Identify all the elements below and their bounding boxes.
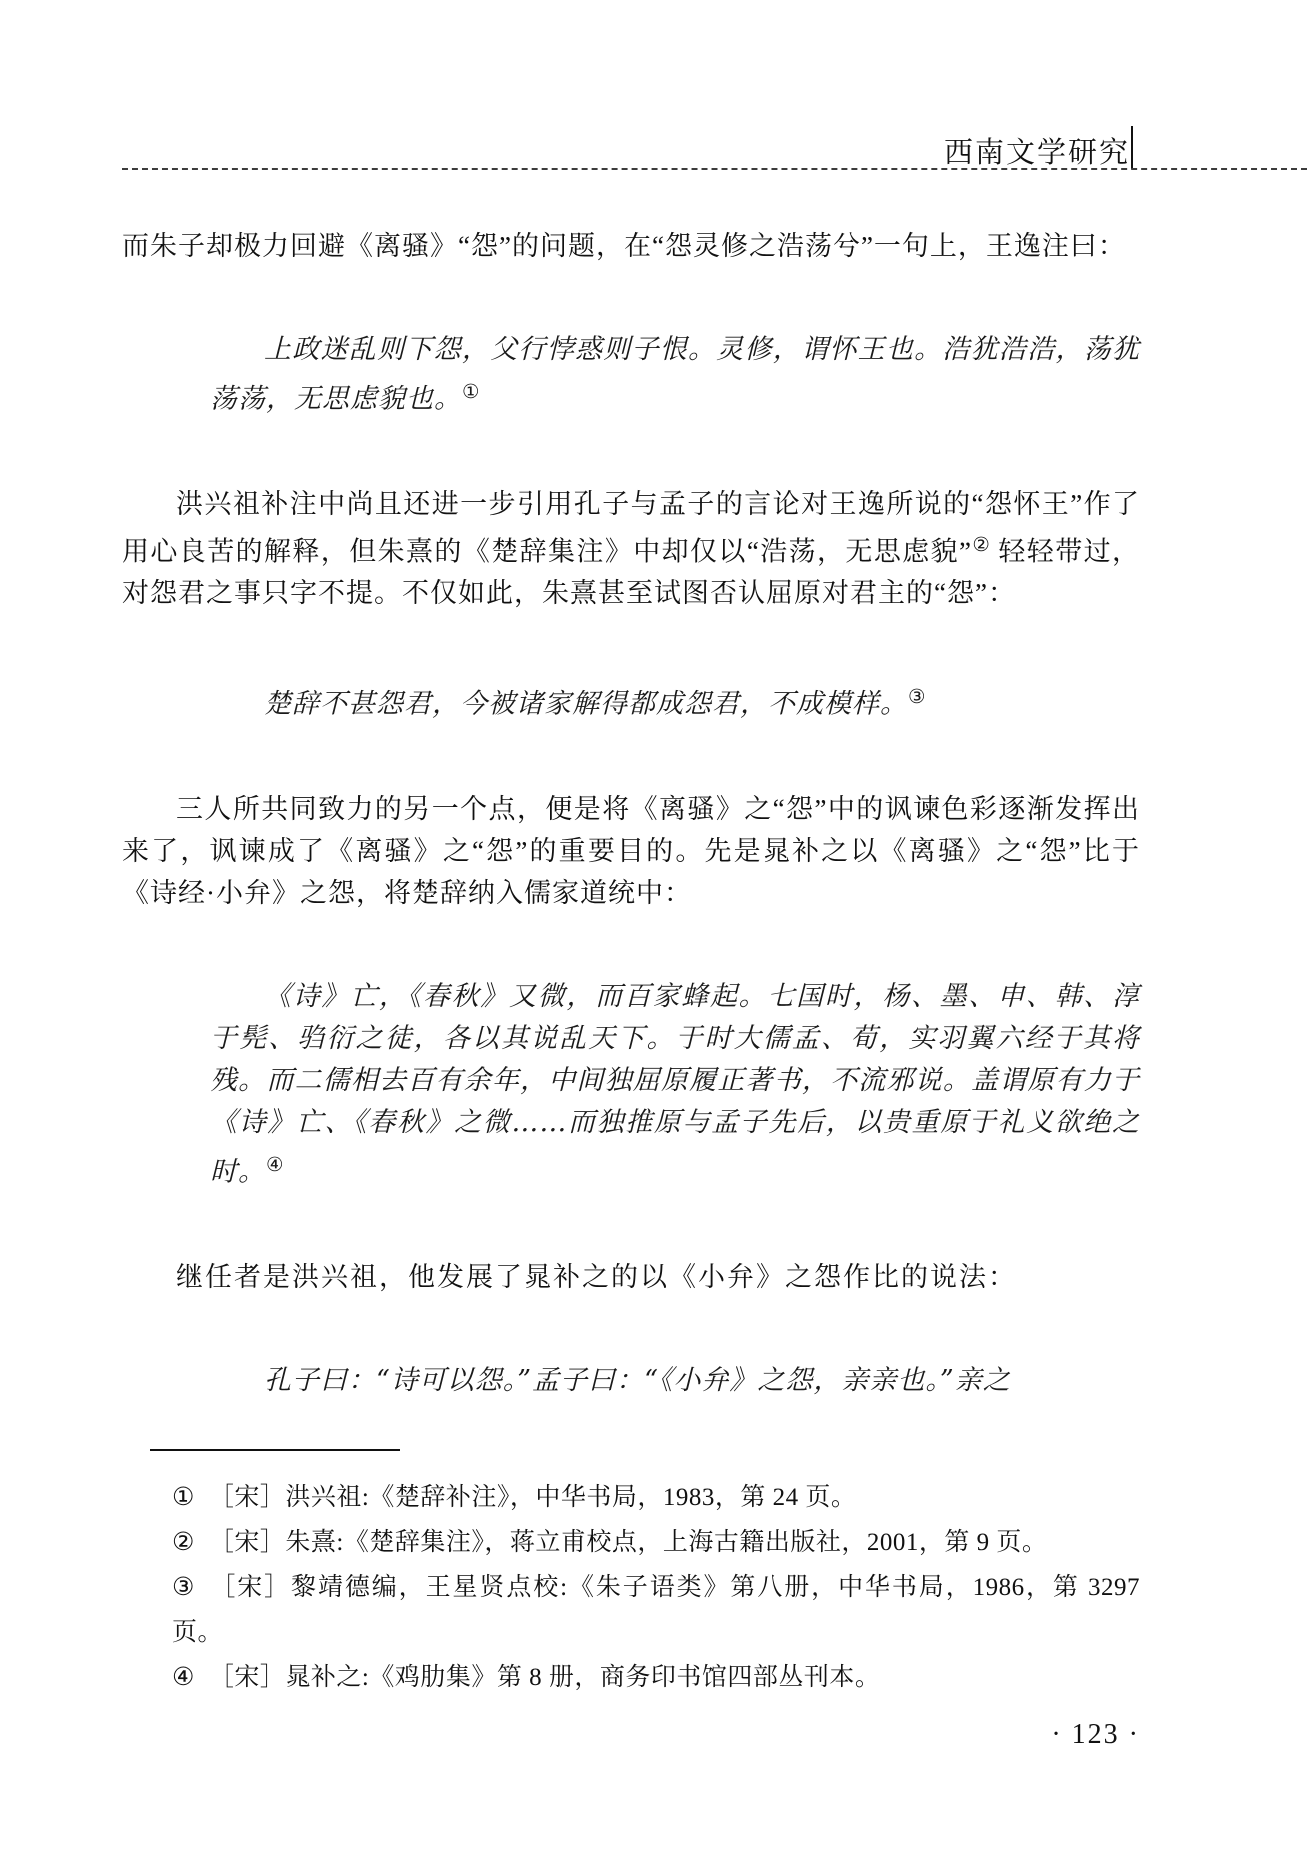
header-vertical-divider — [1131, 126, 1133, 169]
paragraph-heiti: 继任者是洪兴祖，他发展了晁补之的以《小弁》之怨作比的说法： — [122, 1256, 1140, 1298]
footnote-text: ［宋］晁补之:《鸡肋集》第 8 册，商务印书馆四部丛刊本。 — [209, 1664, 880, 1691]
header-dashed-rule — [122, 168, 1307, 170]
footnote-item: ③［宋］黎靖德编，王星贤点校:《朱子语类》第八册，中华书局，1986，第 329… — [122, 1565, 1140, 1655]
document-page: 西南文学研究 而朱子却极力回避《离骚》“怨”的问题，在“怨灵修之浩荡兮”一句上，… — [0, 0, 1307, 1859]
footnote-text: ［宋］朱熹:《楚辞集注》，蒋立甫校点，上海古籍出版社，2001，第 9 页。 — [209, 1529, 1047, 1556]
paragraph: 而朱子却极力回避《离骚》“怨”的问题，在“怨灵修之浩荡兮”一句上，王逸注曰： — [122, 225, 1140, 267]
footnote-marker: ④ — [172, 1664, 195, 1691]
block-quote: 上政迷乱则下怨，父行悖惑则子恨。灵修，谓怀王也。浩犹浩浩，荡犹荡荡，无思虑貌也。… — [210, 329, 1140, 421]
paragraph: 洪兴祖补注中尚且还进一步引用孔子与孟子的言论对王逸所说的“怨怀王”作了用心良苦的… — [122, 483, 1140, 615]
paragraph: 三人所共同致力的另一个点，便是将《离骚》之“怨”中的讽谏色彩逐渐发挥出来了，讽谏… — [122, 788, 1140, 914]
footnote-list: ①［宋］洪兴祖:《楚辞补注》，中华书局，1983，第 24 页。 ②［宋］朱熹:… — [122, 1475, 1140, 1700]
page-body: 而朱子却极力回避《离骚》“怨”的问题，在“怨灵修之浩荡兮”一句上，王逸注曰： 上… — [122, 225, 1140, 1756]
footnote-marker: ③ — [172, 1574, 196, 1601]
footnote-marker: ② — [172, 1529, 195, 1556]
footnote-item: ②［宋］朱熹:《楚辞集注》，蒋立甫校点，上海古籍出版社，2001，第 9 页。 — [122, 1520, 1140, 1565]
block-quote: 孔子曰：“诗可以怨。”孟子曰：“《小弁》之怨，亲亲也。”亲之 — [210, 1360, 1140, 1402]
footnote-marker: ① — [172, 1484, 195, 1511]
block-quote: 《诗》亡，《春秋》又微，而百家蜂起。七国时，杨、墨、申、韩、淳于髡、驺衍之徒，各… — [210, 976, 1140, 1194]
footnote-item: ④［宋］晁补之:《鸡肋集》第 8 册，商务印书馆四部丛刊本。 — [122, 1655, 1140, 1700]
footnote-item: ①［宋］洪兴祖:《楚辞补注》，中华书局，1983，第 24 页。 — [122, 1475, 1140, 1520]
block-quote: 楚辞不甚怨君，今被诸家解得都成怨君，不成模样。③ — [210, 676, 1140, 726]
page-number: · 123 · — [122, 1714, 1140, 1756]
running-head-title: 西南文学研究 — [944, 130, 1130, 171]
footnote-text: ［宋］黎靖德编，王星贤点校:《朱子语类》第八册，中华书局，1986，第 3297… — [172, 1574, 1140, 1646]
footnote-text: ［宋］洪兴祖:《楚辞补注》，中华书局，1983，第 24 页。 — [209, 1484, 856, 1511]
footnote-separator — [150, 1449, 400, 1451]
